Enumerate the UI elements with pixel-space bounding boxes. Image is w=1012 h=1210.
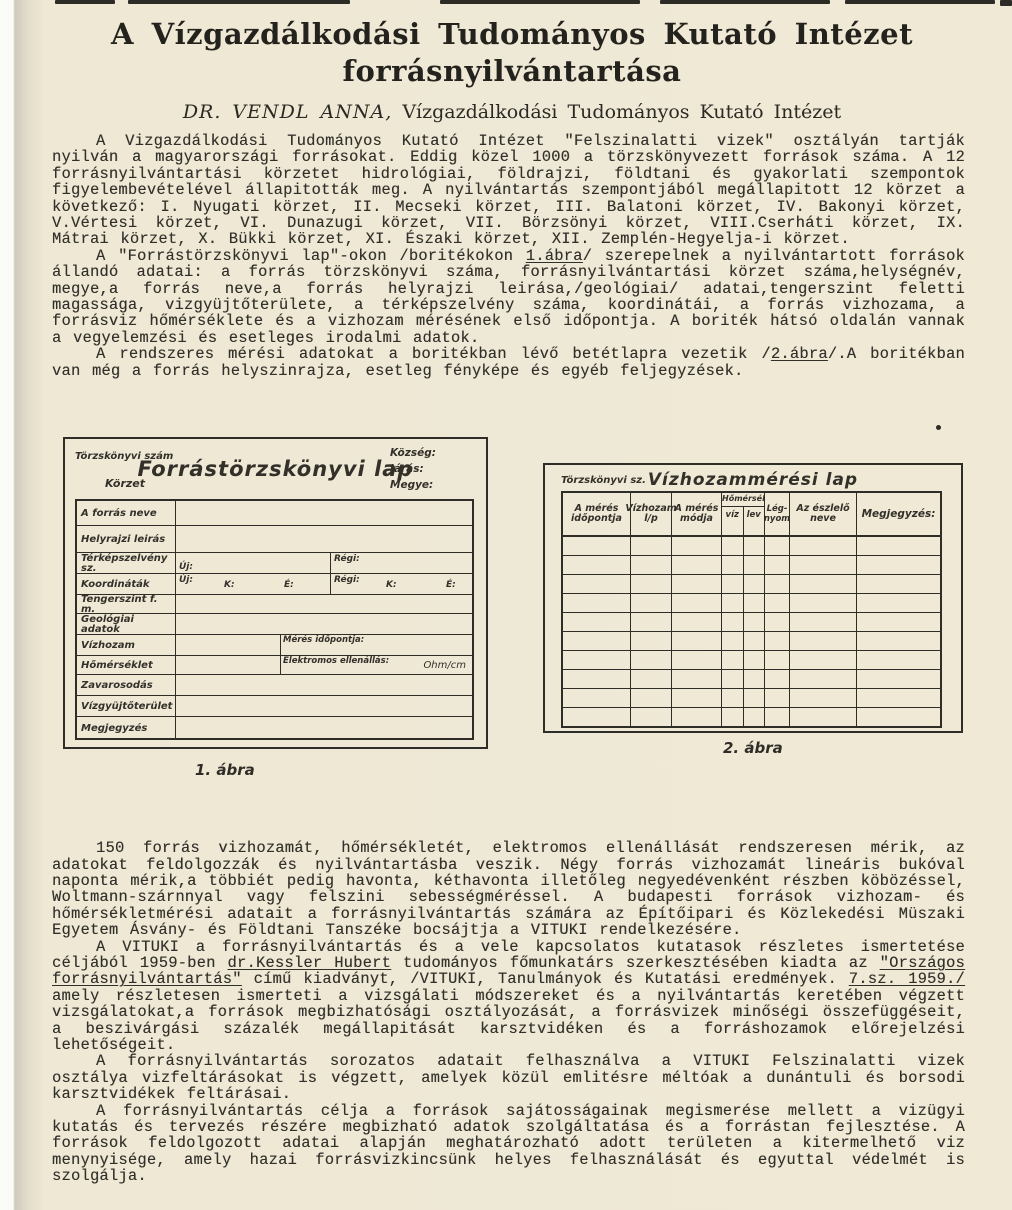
measurement-table: A mérés időpontja Vízhozam l/p A mérés m… (561, 491, 942, 728)
figure-2-reference: 2.ábra (771, 345, 828, 363)
empty-cell (789, 594, 856, 612)
empty-cell (764, 670, 789, 688)
cell-elektromos-ellenallas: Elektromos ellenállás:Ohm/cm (280, 656, 472, 674)
field-kozseg: Község: (390, 445, 436, 461)
empty-cell (856, 708, 940, 726)
scan-artifact (660, 0, 830, 4)
empty-cell (630, 575, 671, 593)
empty-cell (630, 670, 671, 688)
empty-cell (764, 537, 789, 555)
col-vizhozam: Vízhozam l/p (630, 493, 671, 535)
empty-cell (789, 651, 856, 669)
table-header-row: A mérés időpontja Vízhozam l/p A mérés m… (563, 493, 940, 537)
col-legnyomas: Lég- nyom (764, 493, 789, 535)
empty-cell (721, 632, 743, 650)
form-header-right: Község: Járás: Megye: (390, 445, 436, 493)
fig2-empty-rows (563, 537, 940, 726)
empty-cell (563, 689, 630, 707)
measurement-row (563, 574, 940, 593)
paragraph-2: A "Forrástörzskönyvi lap"-okon /boritéko… (52, 248, 965, 346)
empty-cell (630, 594, 671, 612)
empty-cell (671, 613, 721, 631)
empty-cell (856, 689, 940, 707)
empty-cell (175, 614, 472, 634)
field-label: Hőmérséklet (77, 656, 175, 674)
empty-cell (671, 689, 721, 707)
empty-cell (630, 689, 671, 707)
empty-cell (175, 635, 280, 655)
measurement-row (563, 688, 940, 707)
empty-cell (721, 594, 743, 612)
form-row: Helyrajzi leirás (77, 525, 472, 552)
empty-cell (856, 613, 940, 631)
empty-cell (175, 526, 472, 552)
empty-cell (856, 594, 940, 612)
scan-artifact (128, 0, 350, 4)
empty-cell (175, 501, 472, 525)
figure-1-caption: 1. ábra (195, 761, 255, 779)
empty-cell (764, 651, 789, 669)
empty-cell (743, 556, 764, 574)
empty-cell (175, 675, 472, 695)
empty-cell (671, 632, 721, 650)
form-title: Vízhozammérési lap (545, 470, 961, 490)
empty-cell (789, 575, 856, 593)
empty-cell (563, 651, 630, 669)
field-label: Geológiai adatok (77, 614, 175, 634)
field-megye: Megye: (390, 477, 436, 493)
publication-issue: 7.sz. 1959./ (849, 970, 965, 988)
field-label: A forrás neve (77, 501, 175, 525)
paragraph-3: A rendszeres mérési adatokat a boritékba… (52, 346, 965, 379)
field-label: Tengerszint f. m. (77, 595, 175, 613)
cell-uj-koordinatak: Új:K:É: (175, 574, 330, 594)
empty-cell (630, 613, 671, 631)
empty-cell (721, 708, 743, 726)
form-header: Törzskönyvi szám Körzet Forrástörzskönyv… (65, 439, 486, 497)
col-meres-modja: A mérés módja (671, 493, 721, 535)
field-label: Koordináták (77, 574, 175, 594)
form-row: Hőmérséklet Elektromos ellenállás:Ohm/cm (77, 655, 472, 674)
measurement-row (563, 555, 940, 574)
empty-cell (764, 613, 789, 631)
author-affiliation: Vízgazdálkodási Tudományos Kutató Intéze… (402, 101, 841, 123)
col-lev: lev (743, 507, 765, 535)
empty-cell (743, 689, 764, 707)
empty-cell (721, 613, 743, 631)
empty-cell (721, 537, 743, 555)
measurement-row (563, 612, 940, 631)
empty-cell (563, 575, 630, 593)
empty-cell (721, 670, 743, 688)
empty-cell (671, 594, 721, 612)
empty-cell (721, 556, 743, 574)
scan-artifact (440, 0, 640, 4)
empty-cell (856, 651, 940, 669)
empty-cell (563, 556, 630, 574)
col-homersek: Hőmérsék. (722, 493, 764, 507)
measurement-row (563, 631, 940, 650)
field-label: Vízgyüjtőterület (77, 696, 175, 716)
form-row: Megjegyzés (77, 716, 472, 738)
form-row: Tengerszint f. m. (77, 594, 472, 613)
col-eszlelo-neve: Az észlelő neve (789, 493, 856, 535)
paragraph-1: A Vizgazdálkodási Tudományos Kutató Inté… (52, 133, 965, 248)
empty-cell (630, 537, 671, 555)
measurement-row (563, 650, 940, 669)
empty-cell (630, 632, 671, 650)
empty-cell (563, 613, 630, 631)
empty-cell (789, 632, 856, 650)
measurement-row (563, 593, 940, 612)
form-row: A forrás neve (77, 501, 472, 525)
empty-cell (671, 575, 721, 593)
figure-1-reference: 1.ábra (526, 247, 583, 265)
empty-cell (671, 556, 721, 574)
field-jaras: Járás: (390, 461, 436, 477)
cell-regi-koordinatak: Régi:K:É: (330, 574, 472, 594)
empty-cell (630, 651, 671, 669)
empty-cell (764, 689, 789, 707)
empty-cell (563, 594, 630, 612)
figures-region: Törzskönyvi szám Körzet Forrástörzskönyv… (0, 435, 1012, 791)
form-row: Geológiai adatok (77, 613, 472, 634)
empty-cell (721, 651, 743, 669)
empty-cell (743, 575, 764, 593)
title-line-2: forrásnyilvántartása (343, 54, 682, 88)
empty-cell (856, 575, 940, 593)
empty-cell (563, 670, 630, 688)
form-row: Zavarosodás (77, 674, 472, 695)
empty-cell (563, 708, 630, 726)
form-row: Térképszelvény sz. Új: Régi: (77, 552, 472, 573)
empty-cell (671, 708, 721, 726)
page-title: A Vízgazdálkodási Tudományos Kutató Inté… (52, 16, 972, 90)
empty-cell (743, 708, 764, 726)
empty-cell (789, 556, 856, 574)
form-row: Vízhozam Mérés időpontja: (77, 634, 472, 655)
body-text-lower: 150 forrás vizhozamát, hőmérsékletét, el… (52, 840, 965, 1185)
title-line-1: A Vízgazdálkodási Tudományos Kutató Inté… (111, 17, 913, 51)
empty-cell (721, 689, 743, 707)
empty-cell (789, 689, 856, 707)
empty-cell (789, 670, 856, 688)
measurement-row (563, 707, 940, 726)
empty-cell (789, 613, 856, 631)
cell-regi: Régi: (330, 553, 472, 573)
cell-uj: Új: (175, 553, 330, 573)
paragraph-4: 150 forrás vizhozamát, hőmérsékletét, el… (52, 840, 965, 938)
empty-cell (743, 632, 764, 650)
empty-cell (856, 556, 940, 574)
empty-cell (630, 708, 671, 726)
unit-ohm-cm: Ohm/cm (423, 660, 466, 671)
empty-cell (743, 651, 764, 669)
empty-cell (764, 708, 789, 726)
scan-artifact (845, 0, 995, 4)
empty-cell (764, 594, 789, 612)
empty-cell (563, 632, 630, 650)
empty-cell (721, 575, 743, 593)
field-label: Zavarosodás (77, 675, 175, 695)
figure-1-registry-form: Törzskönyvi szám Körzet Forrástörzskönyv… (63, 437, 488, 749)
empty-cell (743, 537, 764, 555)
empty-cell (671, 670, 721, 688)
editor-name: dr.Kessler Hubert (227, 954, 391, 972)
col-homersek-group: Hőmérsék. víz lev (721, 493, 764, 535)
empty-cell (175, 595, 472, 613)
form-table: A forrás neve Helyrajzi leirás Térképsze… (75, 499, 474, 740)
empty-cell (175, 656, 280, 674)
figure-2-measurement-sheet: Törzskönyvi sz. Vízhozammérési lap A mér… (543, 463, 963, 733)
cell-meres-idopontja: Mérés időpontja: (280, 635, 472, 655)
empty-cell (671, 537, 721, 555)
empty-cell (671, 651, 721, 669)
measurement-row (563, 537, 940, 555)
form-row: Koordináták Új:K:É: Régi:K:É: (77, 573, 472, 594)
scan-artifact (1000, 0, 1012, 6)
field-label: Térképszelvény sz. (77, 553, 175, 573)
empty-cell (764, 575, 789, 593)
empty-cell (856, 632, 940, 650)
author-line: DR. VENDL ANNA, Vízgazdálkodási Tudomány… (52, 101, 972, 123)
paragraph-7: A forrásnyilvántartás célja a források s… (52, 1103, 965, 1185)
measurement-row (563, 669, 940, 688)
field-label: Megjegyzés (77, 717, 175, 738)
col-viz: víz (722, 507, 743, 535)
col-meres-idopontja: A mérés időpontja (563, 493, 630, 535)
paragraph-5: A VITUKI a forrásnyilvántartás és a vele… (52, 939, 965, 1054)
scanned-document-page: A Vízgazdálkodási Tudományos Kutató Inté… (0, 0, 1012, 1210)
col-megjegyzes: Megjegyzés: (856, 493, 940, 535)
figure-2-caption: 2. ábra (723, 739, 783, 757)
empty-cell (856, 537, 940, 555)
empty-cell (764, 556, 789, 574)
empty-cell (789, 708, 856, 726)
empty-cell (856, 670, 940, 688)
author-name: DR. VENDL ANNA, (183, 101, 392, 123)
body-text-upper: A Vizgazdálkodási Tudományos Kutató Inté… (52, 133, 965, 379)
empty-cell (743, 670, 764, 688)
empty-cell (764, 632, 789, 650)
scan-artifact (936, 425, 941, 430)
empty-cell (175, 717, 472, 738)
empty-cell (563, 537, 630, 555)
paragraph-6: A forrásnyilvántartás sorozatos adatait … (52, 1053, 965, 1102)
form-row: Vízgyüjtőterület (77, 695, 472, 716)
empty-cell (630, 556, 671, 574)
empty-cell (743, 613, 764, 631)
field-label: Helyrajzi leirás (77, 526, 175, 552)
field-label: Vízhozam (77, 635, 175, 655)
empty-cell (743, 594, 764, 612)
empty-cell (175, 696, 472, 716)
empty-cell (789, 537, 856, 555)
scan-artifact (55, 0, 115, 4)
